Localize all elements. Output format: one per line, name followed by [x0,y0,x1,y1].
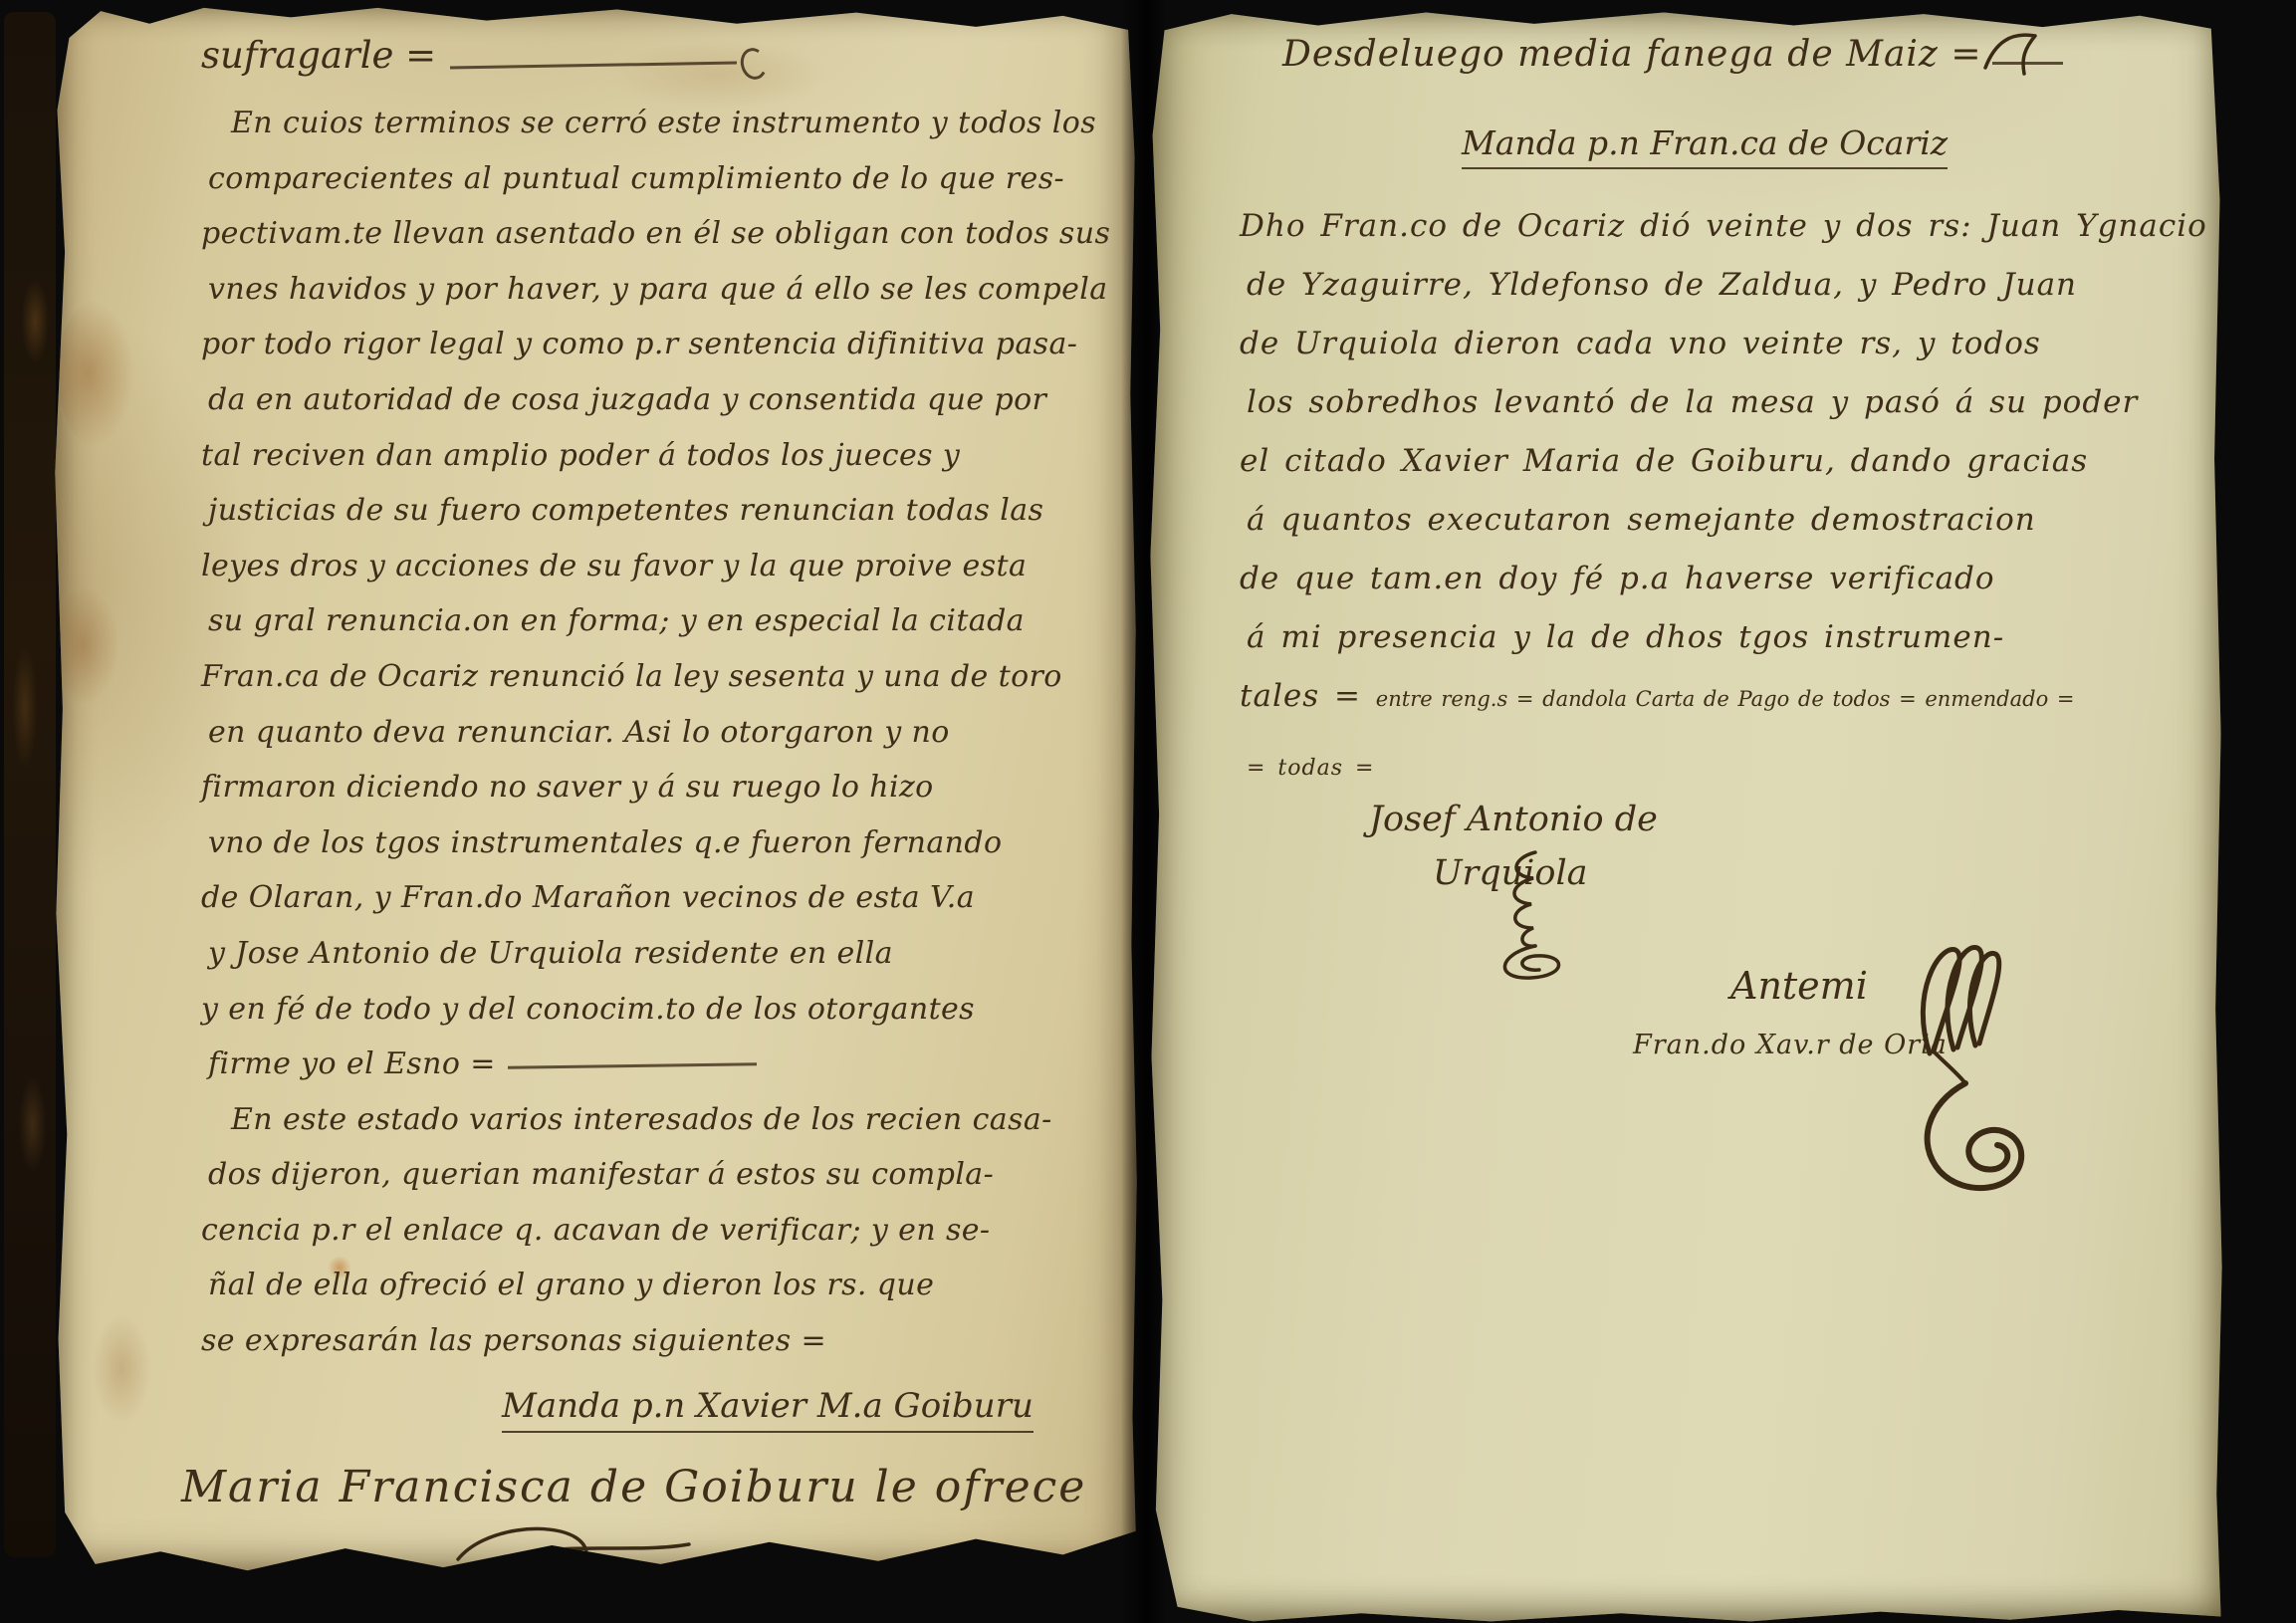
manuscript-line: en quanto deva renunciar. Asi lo otorgar… [208,705,1107,761]
adjacent-page-edge [4,12,56,1557]
manuscript-line: y Jose Antonio de Urquiola residente en … [208,926,1107,982]
manuscript-line: vno de los tgos instrumentales q.e fuero… [208,815,1107,871]
manuscript-line-text: tales = [1240,678,1361,714]
manda-heading-right: Manda p.n Fran.ca de Ocariz [1462,123,1948,162]
todas-note: = todas = [1247,739,2200,798]
manuscript-line: justicias de su fuero competentes renunc… [208,483,1107,539]
manuscript-line: leyes dros y acciones de su favor y la q… [201,539,1107,594]
manuscript-line: comparecientes al puntual cumplimiento d… [208,151,1107,207]
manuscript-line: su gral renuncia.on en forma; y en espec… [208,593,1107,649]
manuscript-line: Fran.ca de Ocariz renunció la ley sesent… [201,649,1107,705]
manuscript-line: á quantos executaron semejante demostrac… [1247,491,2200,550]
left-page-heading: sufragarle = [201,34,436,80]
manuscript-line: pectivam.te llevan asentado en él se obl… [201,206,1107,262]
manuscript-line: los sobredhos levantó de la mesa y pasó … [1247,373,2200,432]
manuscript-line: de Yzaguirre, Yldefonso de Zaldua, y Ped… [1247,256,2200,315]
right-page-body: Dho Fran.co de Ocariz dió veinte y dos r… [1240,197,2200,798]
manuscript-line: En este estado varios interesados de los… [201,1092,1107,1148]
manuscript-line: dos dijeron, querian manifestar á estos … [208,1147,1107,1203]
manuscript-line: En cuios terminos se cerró este instrume… [201,96,1107,151]
manuscript-line-text: firme yo el Esno = [208,1046,496,1081]
manuscript-line: Dho Fran.co de Ocariz dió veinte y dos r… [1240,197,2200,256]
manuscript-scan: { "palette": { "background": "#0a0a0a", … [0,0,2296,1623]
rubric-flourish-urquiola [1474,848,1603,988]
manda-heading-left: Manda p.n Xavier M.a Goiburu [502,1386,1033,1426]
manuscript-line: firme yo el Esno = [208,1037,1107,1092]
antemi-label: Antemi [1730,964,1868,1008]
paper-stain [92,1314,151,1424]
manuscript-line: tales = entre reng.s = dandola Carta de … [1240,667,2200,729]
manuscript-line: cencia p.r el enlace q. acavan de verifi… [201,1203,1107,1259]
flourish-tick-icon [1979,26,2043,82]
manuscript-line: firmaron diciendo no saver y á su ruego … [201,760,1107,815]
right-page: Desdeluego media fanega de Maiz = Manda … [1145,6,2226,1623]
left-page-heading-row: sufragarle = [201,34,767,80]
manuscript-line: vnes havidos y por haver, y para que á e… [208,262,1107,318]
rubric-flourish-goiburu [450,1519,699,1589]
paper-stain [58,299,135,448]
interline-note: entre reng.s = dandola Carta de Pago de … [1376,687,2075,711]
manuscript-line: se expresarán las personas siguientes = [201,1313,1107,1369]
manda-heading-right-text: Manda p.n Fran.ca de Ocariz [1462,123,1948,169]
rubric-flourish-oria [1868,932,2047,1211]
manda-heading-left-text: Manda p.n Xavier M.a Goiburu [502,1386,1033,1433]
manuscript-line: y en fé de todo y del conocim.to de los … [201,982,1107,1038]
heading-end-mark [738,45,771,82]
manuscript-line: tal reciven dan amplio poder á todos los… [201,428,1107,484]
manuscript-line: da en autoridad de cosa juzgada y consen… [208,372,1107,428]
manuscript-line: el citado Xavier Maria de Goiburu, dando… [1240,432,2200,491]
heading-rule [450,61,737,69]
manuscript-line: de que tam.en doy fé p.a haverse verific… [1240,550,2200,608]
manuscript-line: á mi presencia y la de dhos tgos instrum… [1247,608,2200,667]
right-page-heading-row: Desdeluego media fanega de Maiz = [1282,34,2069,75]
closing-rule [508,1062,757,1068]
right-page-heading: Desdeluego media fanega de Maiz = [1282,34,1982,75]
manuscript-line: por todo rigor legal y como p.r sentenci… [201,317,1107,372]
manuscript-line: de Urquiola dieron cada vno veinte rs, y… [1240,315,2200,373]
left-page-body: En cuios terminos se cerró este instrume… [201,96,1107,1369]
offer-line: Maria Francisca de Goiburu le ofrece [181,1462,1086,1512]
paper-stain [54,585,119,705]
manuscript-line: ñal de ella ofreció el grano y dieron lo… [208,1258,1107,1313]
left-page: sufragarle = En cuios terminos se cerró … [52,0,1139,1575]
signature-urquiola-line1: Josef Antonio de [1369,793,1658,846]
manuscript-line: de Olaran, y Fran.do Marañon vecinos de … [201,870,1107,926]
